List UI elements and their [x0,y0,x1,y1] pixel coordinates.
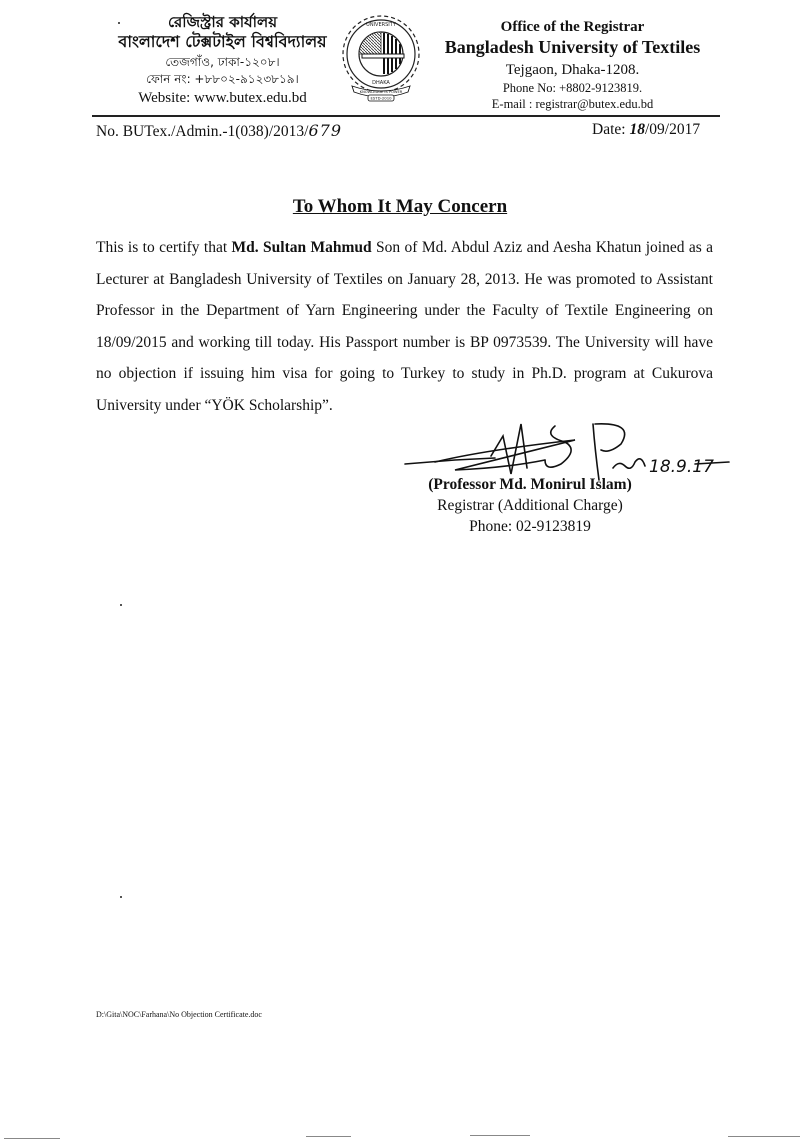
address: Tejgaon, Dhaka-1208. [440,61,705,79]
reference-number: No. BUTex./Admin.-1(038)/2013/679 [96,121,342,141]
signatory-phone: Phone: 02-9123819 [400,516,660,537]
scan-artifact-line [306,1136,351,1137]
letterhead-english: Office of the Registrar Bangladesh Unive… [440,18,705,112]
reference-number-printed: No. BUTex./Admin.-1(038)/2013/ [96,123,308,140]
bangla-phone: ফোন নং: +৮৮০২-৯১২৩৮১৯। [110,73,335,87]
date-rest: /09/2017 [645,121,700,138]
file-path-footer: D:\Gita\NOC\Farhana\No Objection Certifi… [96,1010,262,1019]
body-details: Son of Md. Abdul Aziz and Aesha Khatun j… [96,239,713,414]
header-divider [92,115,720,117]
bangla-university-name: বাংলাদেশ টেক্সটাইল বিশ্ববিদ্যালয় [110,33,335,51]
university-name: Bangladesh University of Textiles [440,37,705,59]
signatory-block: (Professor Md. Monirul Islam) Registrar … [400,474,660,537]
svg-text:UNIVERSITY: UNIVERSITY [366,22,397,28]
reference-number-handwritten: 679 [308,121,342,140]
logo-city: DHAKA [372,80,390,86]
scan-speck [120,604,122,606]
certificate-body: This is to certify that Md. Sultan Mahmu… [96,232,713,421]
date-handwritten-day: 18 [629,121,645,138]
bangla-address: তেজগাঁও, ঢাকা-১২০৮। [110,56,335,70]
email-address: E-mail : registrar@butex.edu.bd [440,97,705,112]
signatory-name: (Professor Md. Monirul Islam) [400,474,660,495]
scan-artifact-line [4,1138,60,1139]
scan-artifact-line [470,1135,530,1136]
university-seal-icon: UNIVERSITY DHAKA KNOWLEDGE IS POWER ESTD… [338,12,424,102]
scan-artifact-line [728,1136,800,1137]
office-name: Office of the Registrar [440,18,705,36]
phone-number: Phone No: +8802-9123819. [440,81,705,96]
certified-person-name: Md. Sultan Mahmud [232,239,372,256]
letterhead-bangla: রেজিস্ট্রার কার্যালয় বাংলাদেশ টেক্সটাইল… [110,14,335,107]
svg-text:KNOWLEDGE IS POWER: KNOWLEDGE IS POWER [360,90,403,94]
website: Website: www.butex.edu.bd [110,90,335,107]
scan-speck [120,896,122,898]
body-intro: This is to certify that [96,239,232,256]
letter-title: To Whom It May Concern [0,196,800,218]
scan-speck [118,22,120,24]
svg-text:ESTD-2010: ESTD-2010 [370,96,392,101]
signatory-designation: Registrar (Additional Charge) [400,495,660,516]
bangla-office-name: রেজিস্ট্রার কার্যালয় [110,14,335,31]
date-label: Date: [592,121,629,138]
letter-date: Date: 18/09/2017 [592,121,700,139]
